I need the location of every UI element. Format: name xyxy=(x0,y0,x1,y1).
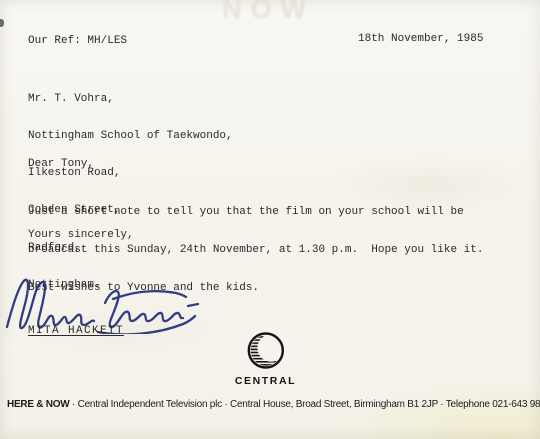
footer-address: · Central Independent Television plc · C… xyxy=(70,399,540,410)
body-line: Just a short note to tell you that the f… xyxy=(28,206,483,219)
letterhead-watermark: NOW xyxy=(222,0,332,25)
scanned-letter: NOW Our Ref: MH/LES 18th November, 1985 … xyxy=(0,0,540,439)
signature-stroke-end-dash xyxy=(188,304,198,306)
scan-artifact-speck xyxy=(0,19,4,27)
signature-stroke-crossbar xyxy=(113,291,186,299)
body-line: broadcast this Sunday, 24th November, at… xyxy=(28,244,483,257)
date-line: 18th November, 1985 xyxy=(358,33,483,45)
letterhead-footer: HERE & NOW · Central Independent Televis… xyxy=(7,399,537,410)
typed-signatory-name: MITA HACKETT xyxy=(28,325,124,337)
signature-stroke-first-name xyxy=(7,280,94,328)
logo-crescent-stripes xyxy=(240,330,292,376)
address-line: Nottingham School of Taekwondo, xyxy=(28,130,233,142)
address-line: Mr. T. Vohra, xyxy=(28,93,233,105)
reference-line: Our Ref: MH/LES xyxy=(28,35,127,47)
footer-brand: HERE & NOW xyxy=(7,399,70,410)
closing: Yours sincerely, xyxy=(28,229,134,241)
salutation: Dear Tony, xyxy=(28,158,94,170)
logo-wordmark: CENTRAL xyxy=(215,375,316,387)
central-tv-moon-logo-icon xyxy=(240,330,292,376)
